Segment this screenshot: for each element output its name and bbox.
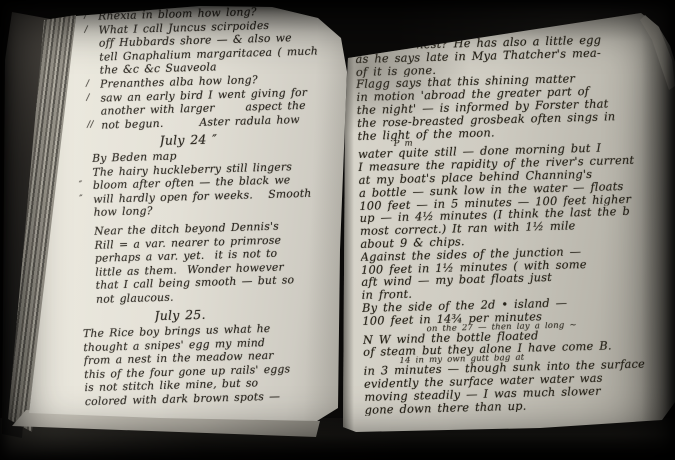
margin-mark — [86, 64, 100, 78]
margin-mark — [146, 134, 160, 148]
margin-mark: ″ — [79, 179, 93, 193]
right-page-text: the moss nest? He has also a little egg … — [355, 32, 675, 417]
margin-mark — [85, 50, 99, 64]
margin-mark — [85, 37, 99, 51]
left-page-text: / Rhexia in bloom how long? / What I cal… — [84, 3, 363, 409]
margin-mark — [69, 327, 83, 341]
margin-mark: // — [87, 118, 101, 132]
margin-mark: / — [86, 78, 100, 92]
margin-mark — [82, 293, 96, 307]
margin-mark — [70, 368, 84, 382]
margin-mark — [71, 395, 85, 409]
margin-mark — [69, 341, 83, 355]
margin-mark — [81, 265, 95, 279]
margin-mark — [70, 354, 84, 368]
margin-mark: / — [84, 23, 98, 37]
margin-mark — [70, 382, 84, 396]
margin-mark: / — [86, 91, 100, 105]
margin-mark — [81, 252, 95, 266]
margin-mark: ″ — [79, 193, 93, 207]
margin-mark — [140, 310, 154, 324]
photo-frame: / Rhexia in bloom how long? / What I cal… — [0, 0, 675, 460]
margin-mark — [79, 206, 93, 220]
margin-mark — [80, 238, 94, 252]
margin-mark — [80, 225, 94, 239]
margin-mark — [78, 152, 92, 166]
margin-mark — [78, 165, 92, 179]
margin-mark — [82, 279, 96, 293]
margin-mark — [87, 105, 101, 119]
